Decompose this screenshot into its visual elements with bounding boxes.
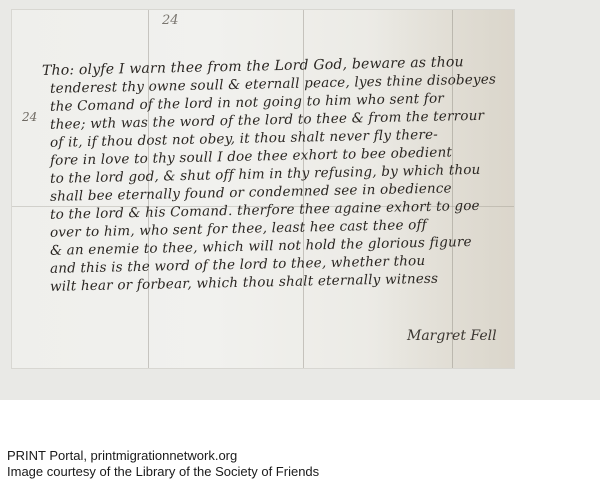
image-caption: PRINT Portal, printmigrationnetwork.org … — [7, 448, 319, 480]
caption-credit: Image courtesy of the Library of the Soc… — [7, 464, 319, 480]
manuscript-paper: 24 24 Tho: olyfe I warn thee from the Lo… — [12, 10, 514, 368]
handwritten-text: Tho: olyfe I warn thee from the Lord God… — [42, 62, 512, 296]
margin-number: 24 — [22, 110, 37, 124]
caption-source: PRINT Portal, printmigrationnetwork.org — [7, 448, 319, 464]
folio-number: 24 — [162, 13, 179, 28]
manuscript-photo: 24 24 Tho: olyfe I warn thee from the Lo… — [0, 0, 600, 400]
signature: Margret Fell — [407, 328, 497, 344]
